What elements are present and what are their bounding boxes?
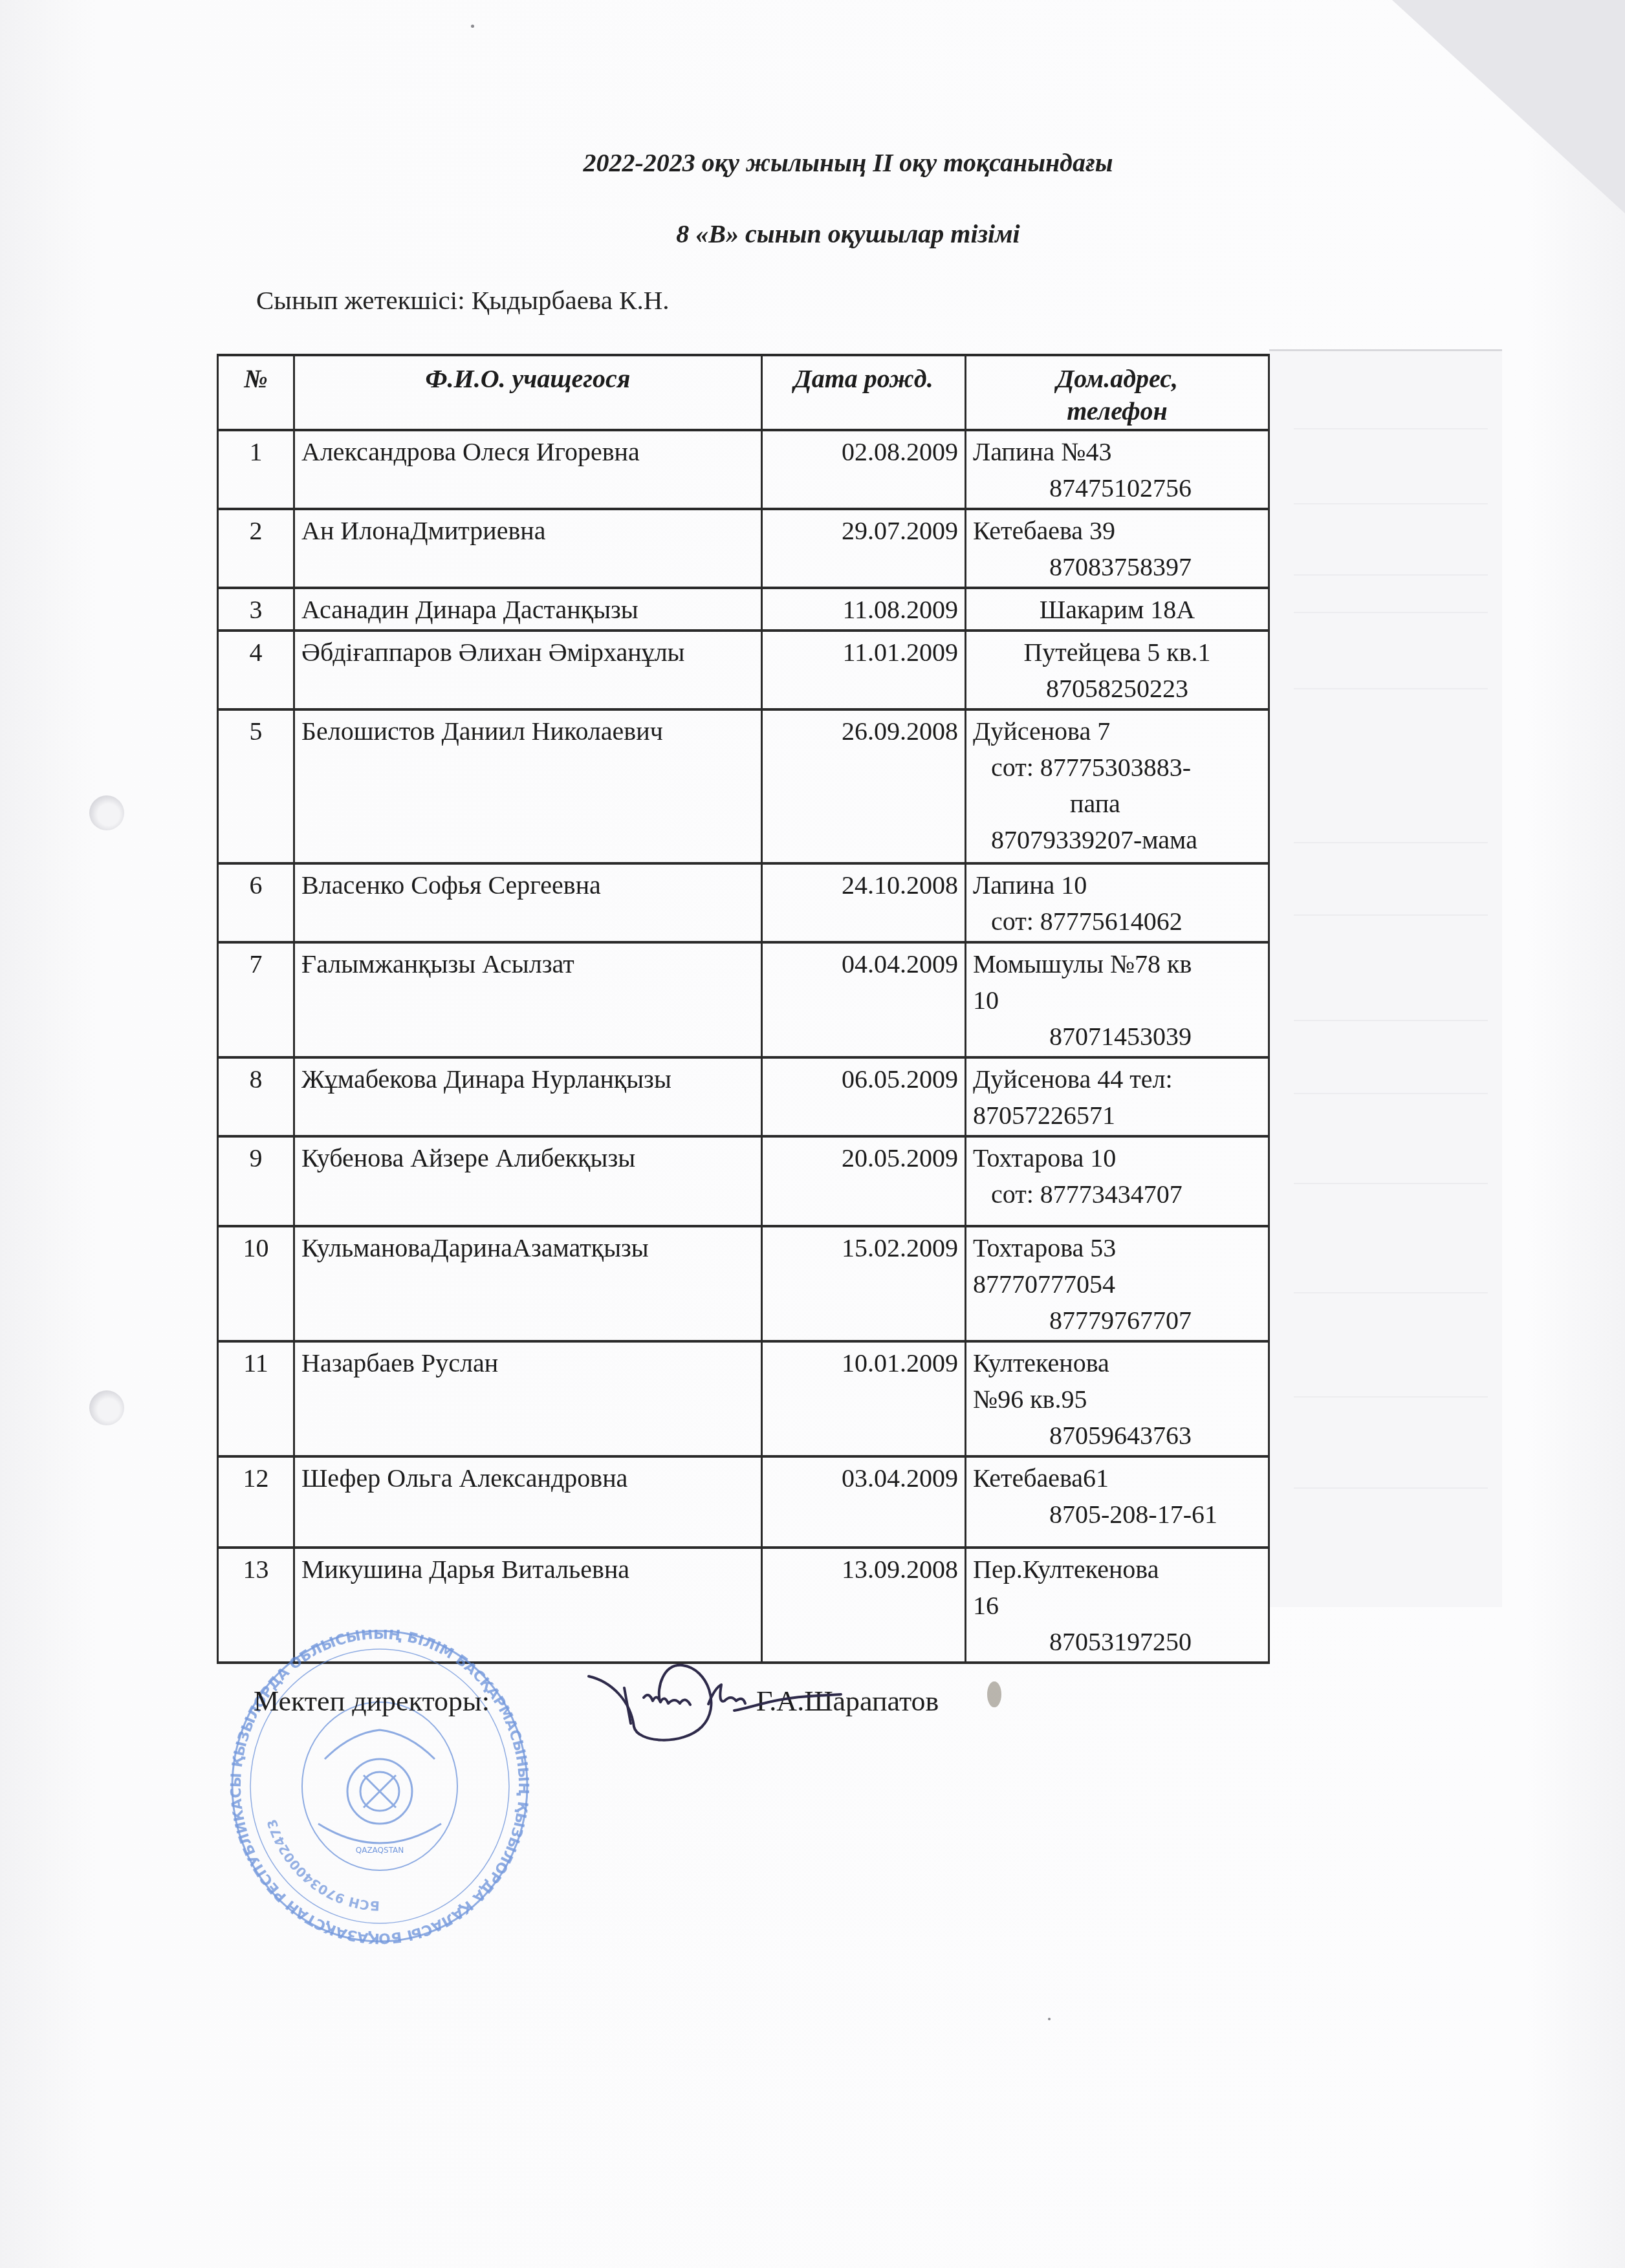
folded-corner	[1392, 0, 1625, 213]
row-number: 1	[218, 430, 294, 509]
table-row: 5Белошистов Даниил Николаевич26.09.2008Д…	[218, 709, 1269, 863]
birth-date: 24.10.2008	[762, 863, 966, 942]
student-name: Жұмабекова Динара Нурланқызы	[294, 1057, 762, 1136]
address-phone: Кетебаева 3987083758397	[966, 509, 1269, 588]
table-row: 4Әбдіғаппаров Әлихан Әмірханұлы11.01.200…	[218, 631, 1269, 709]
address-line: Тохтарова 10	[973, 1140, 1261, 1176]
address-line: Дуйсенова 7	[973, 713, 1261, 750]
address-phone: Момышулы №78 кв1087071453039	[966, 942, 1269, 1057]
address-phone: Дуйсенова 7сот: 87775303883-папа87079339…	[966, 709, 1269, 863]
handwritten-signature-icon	[585, 1662, 844, 1746]
address-line: папа	[973, 786, 1261, 822]
address-phone: Лапина №4387475102756	[966, 430, 1269, 509]
address-line: сот: 87775614062	[973, 903, 1261, 940]
paper-speck	[471, 25, 474, 28]
address-line: сот: 87775303883-	[973, 750, 1261, 786]
address-line: 10	[973, 982, 1261, 1019]
table-row: 3Асанадин Динара Дастанқызы11.08.2009Шак…	[218, 588, 1269, 631]
address-line: Култекенова	[973, 1345, 1261, 1381]
address-line: 87770777054	[973, 1266, 1261, 1302]
address-phone: Лапина 10сот: 87775614062	[966, 863, 1269, 942]
stamp-emblem-label: QAZAQSTAN	[356, 1846, 404, 1855]
row-number: 4	[218, 631, 294, 709]
divider	[1294, 1292, 1488, 1293]
address-phone: Дуйсенова 44 тел:87057226571	[966, 1057, 1269, 1136]
school-stamp-icon: ҚАЗАҚСТАН РЕСПУБЛИКАСЫ ҚЫЗЫЛОРДА ОБЛЫСЫН…	[228, 1630, 532, 1953]
address-line: №96 кв.95	[973, 1381, 1261, 1418]
table-row: 9Кубенова Айзере Алибекқызы20.05.2009Тох…	[218, 1136, 1269, 1226]
address-line: 87071453039	[973, 1019, 1261, 1055]
bleed-through-column	[1269, 349, 1502, 1607]
address-line: 87059643763	[973, 1418, 1261, 1454]
row-number: 5	[218, 709, 294, 863]
document-subtitle: 8 «В» сынып оқушылар тізімі	[0, 219, 1625, 249]
table-row: 1Александрова Олеся Игоревна02.08.2009Ла…	[218, 430, 1269, 509]
address-phone: Пер.Култекенова1687053197250	[966, 1548, 1269, 1663]
header-name: Ф.И.О. учащегося	[294, 355, 762, 430]
table-row: 12Шефер Ольга Александровна03.04.2009Кет…	[218, 1456, 1269, 1548]
birth-date: 06.05.2009	[762, 1057, 966, 1136]
birth-date: 20.05.2009	[762, 1136, 966, 1226]
birth-date: 03.04.2009	[762, 1456, 966, 1548]
divider	[1294, 914, 1488, 916]
address-line: Лапина 10	[973, 867, 1261, 903]
address-line: 87475102756	[973, 470, 1261, 506]
student-name: Александрова Олеся Игоревна	[294, 430, 762, 509]
address-line: 87083758397	[973, 549, 1261, 585]
punch-hole-icon	[89, 795, 124, 830]
address-line: Кетебаева 39	[973, 513, 1261, 549]
birth-date: 10.01.2009	[762, 1341, 966, 1456]
address-line: сот: 87773434707	[973, 1176, 1261, 1213]
address-line: 8705-208-17-61	[973, 1496, 1261, 1533]
address-phone: Култекенова№96 кв.9587059643763	[966, 1341, 1269, 1456]
table-header-row: № Ф.И.О. учащегося Дата рожд. Дом.адрес,…	[218, 355, 1269, 430]
divider	[1294, 1020, 1488, 1021]
row-number: 10	[218, 1226, 294, 1341]
student-name: Власенко Софья Сергеевна	[294, 863, 762, 942]
address-phone: Путейцева 5 кв.187058250223	[966, 631, 1269, 709]
row-number: 12	[218, 1456, 294, 1548]
row-number: 6	[218, 863, 294, 942]
birth-date: 04.04.2009	[762, 942, 966, 1057]
row-number: 11	[218, 1341, 294, 1456]
address-line: 87779767707	[973, 1302, 1261, 1339]
table-row: 11Назарбаев Руслан10.01.2009Култекенова№…	[218, 1341, 1269, 1456]
row-number: 2	[218, 509, 294, 588]
divider	[1294, 1183, 1488, 1184]
divider	[1294, 1396, 1488, 1398]
table-row: 7Ғалымжанқызы Асылзат04.04.2009Момышулы …	[218, 942, 1269, 1057]
punch-hole-icon	[89, 1390, 124, 1425]
divider	[1294, 688, 1488, 689]
director-label: Мектеп директоры:	[254, 1685, 490, 1717]
student-name: Кубенова Айзере Алибекқызы	[294, 1136, 762, 1226]
address-line: Путейцева 5 кв.1	[973, 634, 1261, 671]
class-teacher: Сынып жетекшісі: Қыдырбаева К.Н.	[256, 285, 670, 316]
student-name: Белошистов Даниил Николаевич	[294, 709, 762, 863]
document-title: 2022-2023 оқу жылының II оқу тоқсанындағ…	[0, 147, 1625, 178]
birth-date: 29.07.2009	[762, 509, 966, 588]
student-name: Әбдіғаппаров Әлихан Әмірханұлы	[294, 631, 762, 709]
divider	[1294, 503, 1488, 504]
address-line: Тохтарова 53	[973, 1230, 1261, 1266]
divider	[1294, 574, 1488, 576]
address-line: Шакарим 18А	[973, 592, 1261, 628]
row-number: 8	[218, 1057, 294, 1136]
address-line: 87079339207-мама	[973, 822, 1261, 858]
address-line: Кетебаева61	[973, 1460, 1261, 1496]
header-address-line1: Дом.адрес,	[1056, 364, 1178, 393]
address-line: Момышулы №78 кв	[973, 946, 1261, 982]
student-roster-table: № Ф.И.О. учащегося Дата рожд. Дом.адрес,…	[217, 354, 1270, 1664]
address-phone: Шакарим 18А	[966, 588, 1269, 631]
address-line: Пер.Култекенова	[973, 1551, 1261, 1588]
row-number: 9	[218, 1136, 294, 1226]
paper-stain	[987, 1681, 1001, 1707]
address-line: Дуйсенова 44 тел:	[973, 1061, 1261, 1097]
table-row: 10КульмановаДаринаАзаматқызы15.02.2009То…	[218, 1226, 1269, 1341]
birth-date: 11.08.2009	[762, 588, 966, 631]
birth-date: 26.09.2008	[762, 709, 966, 863]
divider	[1294, 612, 1488, 613]
birth-date: 02.08.2009	[762, 430, 966, 509]
address-line: 16	[973, 1588, 1261, 1624]
paper-speck	[1048, 2018, 1051, 2020]
address-phone: Тохтарова 538777077705487779767707	[966, 1226, 1269, 1341]
student-name: Ғалымжанқызы Асылзат	[294, 942, 762, 1057]
divider	[1294, 428, 1488, 429]
birth-date: 15.02.2009	[762, 1226, 966, 1341]
address-phone: Кетебаева618705-208-17-61	[966, 1456, 1269, 1548]
student-name: Ан ИлонаДмитриевна	[294, 509, 762, 588]
header-num: №	[218, 355, 294, 430]
student-name: Шефер Ольга Александровна	[294, 1456, 762, 1548]
row-number: 7	[218, 942, 294, 1057]
row-number: 3	[218, 588, 294, 631]
divider	[1294, 842, 1488, 843]
address-line: 87053197250	[973, 1624, 1261, 1660]
student-name: КульмановаДаринаАзаматқызы	[294, 1226, 762, 1341]
divider	[1294, 1093, 1488, 1094]
table-row: 2Ан ИлонаДмитриевна29.07.2009Кетебаева 3…	[218, 509, 1269, 588]
address-line: 87058250223	[973, 671, 1261, 707]
header-birth-date: Дата рожд.	[762, 355, 966, 430]
address-phone: Тохтарова 10сот: 87773434707	[966, 1136, 1269, 1226]
birth-date: 13.09.2008	[762, 1548, 966, 1663]
address-line: 87057226571	[973, 1097, 1261, 1134]
divider	[1294, 1487, 1488, 1489]
birth-date: 11.01.2009	[762, 631, 966, 709]
table-row: 8Жұмабекова Динара Нурланқызы06.05.2009Д…	[218, 1057, 1269, 1136]
student-name: Асанадин Динара Дастанқызы	[294, 588, 762, 631]
table-row: 6Власенко Софья Сергеевна24.10.2008Лапин…	[218, 863, 1269, 942]
student-name: Назарбаев Руслан	[294, 1341, 762, 1456]
table-body: 1Александрова Олеся Игоревна02.08.2009Ла…	[218, 430, 1269, 1663]
address-line: Лапина №43	[973, 434, 1261, 470]
header-address-line2: телефон	[1067, 396, 1167, 426]
header-address: Дом.адрес, телефон	[966, 355, 1269, 430]
